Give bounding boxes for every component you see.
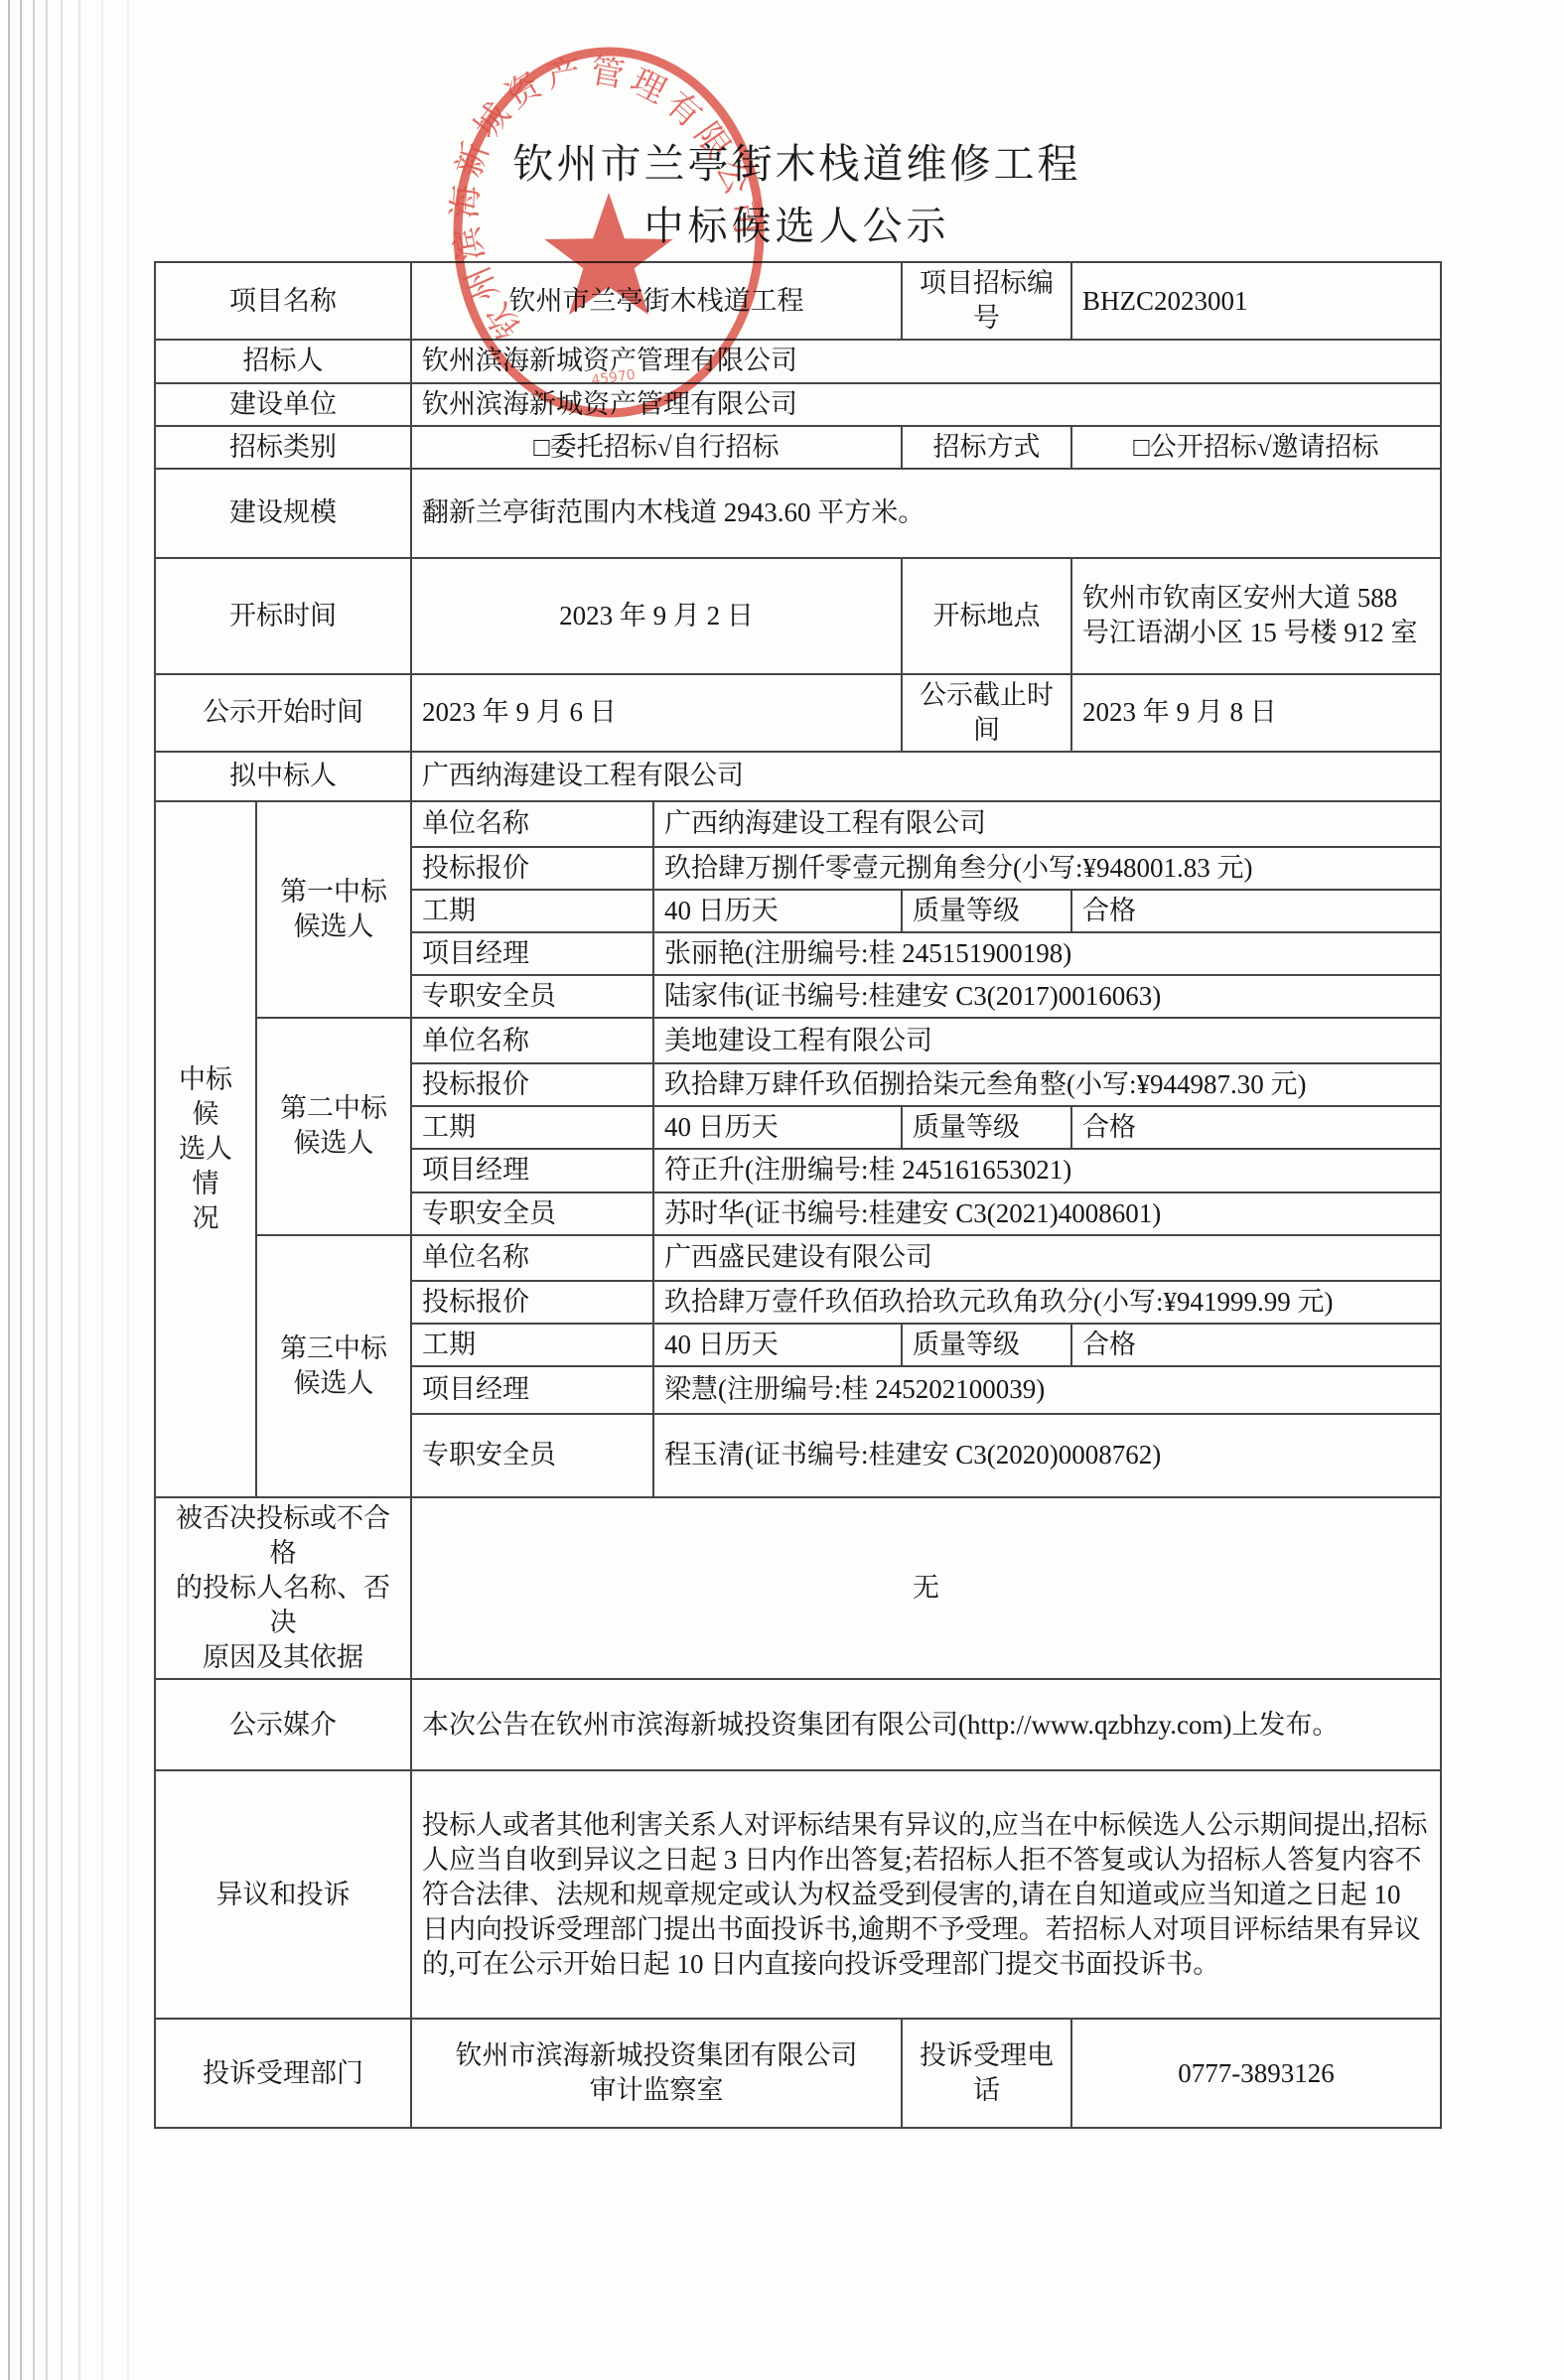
objection-label: 异议和投诉 bbox=[155, 1770, 411, 2019]
publicity-end-label: 公示截止时间 bbox=[902, 674, 1071, 752]
table-row: 被否决投标或不合格 的投标人名称、否决 原因及其依据 无 bbox=[155, 1497, 1441, 1679]
complaint-phone-value: 0777-3893126 bbox=[1071, 2019, 1441, 2128]
candidate2-duration-value: 40 日历天 bbox=[653, 1106, 902, 1149]
candidate2-unit-label: 单位名称 bbox=[411, 1018, 653, 1063]
table-row: 公示媒介 本次公告在钦州市滨海新城投资集团有限公司(http://www.qzb… bbox=[155, 1679, 1441, 1770]
candidate2-price-value: 玖拾肆万肆仟玖佰捌拾柒元叁角整(小写:¥944987.30 元) bbox=[653, 1063, 1441, 1106]
complaint-dept-value: 钦州市滨海新城投资集团有限公司 审计监察室 bbox=[411, 2019, 902, 2128]
table-row: 招标人 钦州滨海新城资产管理有限公司 bbox=[155, 340, 1441, 382]
table-row: 第三中标 候选人 单位名称 广西盛民建设有限公司 bbox=[155, 1235, 1441, 1281]
publicity-start-label: 公示开始时间 bbox=[155, 674, 411, 752]
tenderee-label: 招标人 bbox=[155, 340, 411, 382]
media-value: 本次公告在钦州市滨海新城投资集团有限公司(http://www.qzbhzy.c… bbox=[411, 1679, 1441, 1770]
scan-artifact-line bbox=[127, 0, 129, 2380]
candidate3-rank-label: 第三中标 候选人 bbox=[256, 1235, 411, 1497]
candidate3-safety-value: 程玉清(证书编号:桂建安 C3(2020)0008762) bbox=[653, 1414, 1441, 1497]
table-row: 中标候 选人情 况 第一中标 候选人 单位名称 广西纳海建设工程有限公司 bbox=[155, 801, 1441, 847]
table-row: 异议和投诉 投标人或者其他利害关系人对评标结果有异议的,应当在中标候选人公示期间… bbox=[155, 1770, 1441, 2019]
project-name-label: 项目名称 bbox=[155, 262, 411, 340]
candidate2-safety-value: 苏时华(证书编号:桂建安 C3(2021)4008601) bbox=[653, 1192, 1441, 1235]
candidate1-unit-label: 单位名称 bbox=[411, 801, 653, 847]
opening-time-value: 2023 年 9 月 2 日 bbox=[411, 558, 902, 674]
candidates-section-label: 中标候 选人情 况 bbox=[155, 801, 256, 1497]
bid-number-label: 项目招标编号 bbox=[902, 262, 1071, 340]
candidate3-unit-label: 单位名称 bbox=[411, 1235, 653, 1281]
candidate1-price-value: 玖拾肆万捌仟零壹元捌角叁分(小写:¥948001.83 元) bbox=[653, 847, 1441, 890]
candidate1-safety-value: 陆家伟(证书编号:桂建安 C3(2017)0016063) bbox=[653, 975, 1441, 1018]
table-row: 招标类别 □委托招标√自行招标 招标方式 □公开招标√邀请招标 bbox=[155, 426, 1441, 469]
scan-artifact-line bbox=[20, 0, 22, 2380]
opening-time-label: 开标时间 bbox=[155, 558, 411, 674]
scan-artifact-line bbox=[46, 0, 48, 2380]
table-row: 拟中标人 广西纳海建设工程有限公司 bbox=[155, 752, 1441, 801]
scan-artifact-line bbox=[8, 0, 10, 2380]
proposed-winner-label: 拟中标人 bbox=[155, 752, 411, 801]
rejected-bidders-value: 无 bbox=[411, 1497, 1441, 1679]
candidate3-price-value: 玖拾肆万壹仟玖佰玖拾玖元玖角玖分(小写:¥941999.99 元) bbox=[653, 1281, 1441, 1324]
tender-method-value: □公开招标√邀请招标 bbox=[1071, 426, 1441, 469]
candidate2-quality-label: 质量等级 bbox=[902, 1106, 1071, 1149]
tender-category-value: □委托招标√自行招标 bbox=[411, 426, 902, 469]
scan-artifact-line bbox=[61, 0, 63, 2380]
candidate3-duration-label: 工期 bbox=[411, 1324, 653, 1366]
scan-artifact-line bbox=[33, 0, 35, 2380]
scale-label: 建设规模 bbox=[155, 469, 411, 558]
candidate2-manager-value: 符正升(注册编号:桂 245161653021) bbox=[653, 1149, 1441, 1191]
candidate3-safety-label: 专职安全员 bbox=[411, 1414, 653, 1497]
candidate1-price-label: 投标报价 bbox=[411, 847, 653, 890]
table-row: 建设单位 钦州滨海新城资产管理有限公司 bbox=[155, 383, 1441, 426]
candidate2-duration-label: 工期 bbox=[411, 1106, 653, 1149]
publicity-end-value: 2023 年 9 月 8 日 bbox=[1071, 674, 1441, 752]
document-subtitle: 中标候选人公示 bbox=[154, 202, 1440, 251]
table-row: 建设规模 翻新兰亭街范围内木栈道 2943.60 平方米。 bbox=[155, 469, 1441, 558]
announcement-table: 项目名称 钦州市兰亭街木栈道工程 项目招标编号 BHZC2023001 招标人 … bbox=[154, 261, 1442, 2129]
table-row: 第二中标 候选人 单位名称 美地建设工程有限公司 bbox=[155, 1018, 1441, 1063]
tender-category-label: 招标类别 bbox=[155, 426, 411, 469]
candidate2-unit-value: 美地建设工程有限公司 bbox=[653, 1018, 1441, 1063]
proposed-winner-value: 广西纳海建设工程有限公司 bbox=[411, 752, 1441, 801]
tender-method-label: 招标方式 bbox=[902, 426, 1071, 469]
publicity-start-value: 2023 年 9 月 6 日 bbox=[411, 674, 902, 752]
candidate1-manager-label: 项目经理 bbox=[411, 932, 653, 975]
builder-label: 建设单位 bbox=[155, 383, 411, 426]
opening-place-value: 钦州市钦南区安州大道 588 号江语湖小区 15 号楼 912 室 bbox=[1071, 558, 1441, 674]
candidate2-manager-label: 项目经理 bbox=[411, 1149, 653, 1191]
bid-number-value: BHZC2023001 bbox=[1071, 262, 1441, 340]
complaint-phone-label: 投诉受理电话 bbox=[902, 2019, 1071, 2128]
candidate1-unit-value: 广西纳海建设工程有限公司 bbox=[653, 801, 1441, 847]
candidate3-unit-value: 广西盛民建设有限公司 bbox=[653, 1235, 1441, 1281]
candidate1-quality-value: 合格 bbox=[1071, 890, 1441, 932]
opening-place-label: 开标地点 bbox=[902, 558, 1071, 674]
scan-artifact-line bbox=[78, 0, 80, 2380]
candidate1-duration-label: 工期 bbox=[411, 890, 653, 932]
scale-value: 翻新兰亭街范围内木栈道 2943.60 平方米。 bbox=[411, 469, 1441, 558]
candidate2-safety-label: 专职安全员 bbox=[411, 1192, 653, 1235]
candidate3-manager-label: 项目经理 bbox=[411, 1366, 653, 1414]
candidate1-quality-label: 质量等级 bbox=[902, 890, 1071, 932]
project-name-value: 钦州市兰亭街木栈道工程 bbox=[411, 262, 902, 340]
candidate1-duration-value: 40 日历天 bbox=[653, 890, 902, 932]
candidate2-rank-label: 第二中标 候选人 bbox=[256, 1018, 411, 1234]
table-row: 开标时间 2023 年 9 月 2 日 开标地点 钦州市钦南区安州大道 588 … bbox=[155, 558, 1441, 674]
scan-artifact-line bbox=[101, 0, 103, 2380]
table-row: 项目名称 钦州市兰亭街木栈道工程 项目招标编号 BHZC2023001 bbox=[155, 262, 1441, 340]
rejected-bidders-label: 被否决投标或不合格 的投标人名称、否决 原因及其依据 bbox=[155, 1497, 411, 1679]
media-label: 公示媒介 bbox=[155, 1679, 411, 1770]
candidate3-duration-value: 40 日历天 bbox=[653, 1324, 902, 1366]
tenderee-value: 钦州滨海新城资产管理有限公司 bbox=[411, 340, 1441, 382]
document-title: 钦州市兰亭街木栈道维修工程 bbox=[154, 139, 1440, 190]
candidate1-manager-value: 张丽艳(注册编号:桂 245151900198) bbox=[653, 932, 1441, 975]
candidate3-quality-value: 合格 bbox=[1071, 1324, 1441, 1366]
scanned-document-page: { "page": { "title_line1": "钦州市兰亭街木栈道维修工… bbox=[0, 0, 1564, 2380]
candidate2-quality-value: 合格 bbox=[1071, 1106, 1441, 1149]
builder-value: 钦州滨海新城资产管理有限公司 bbox=[411, 383, 1441, 426]
candidate1-rank-label: 第一中标 候选人 bbox=[256, 801, 411, 1018]
candidate3-manager-value: 梁慧(注册编号:桂 245202100039) bbox=[653, 1366, 1441, 1414]
candidate3-price-label: 投标报价 bbox=[411, 1281, 653, 1324]
candidate1-safety-label: 专职安全员 bbox=[411, 975, 653, 1018]
candidate3-quality-label: 质量等级 bbox=[902, 1324, 1071, 1366]
table-row: 公示开始时间 2023 年 9 月 6 日 公示截止时间 2023 年 9 月 … bbox=[155, 674, 1441, 752]
candidate2-price-label: 投标报价 bbox=[411, 1063, 653, 1106]
table-row: 投诉受理部门 钦州市滨海新城投资集团有限公司 审计监察室 投诉受理电话 0777… bbox=[155, 2019, 1441, 2128]
objection-value: 投标人或者其他利害关系人对评标结果有异议的,应当在中标候选人公示期间提出,招标人… bbox=[411, 1770, 1441, 2019]
complaint-dept-label: 投诉受理部门 bbox=[155, 2019, 411, 2128]
